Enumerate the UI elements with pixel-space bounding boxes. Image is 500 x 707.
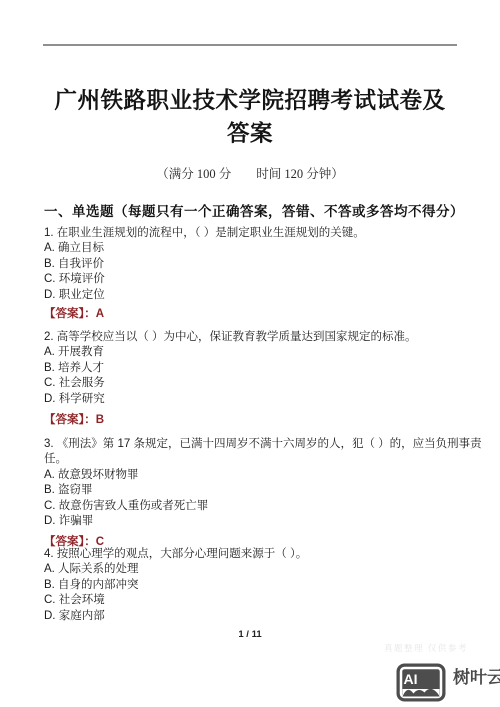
option-item: A. 开展教育	[44, 345, 484, 360]
option-item: A. 人际关系的处理	[44, 562, 484, 577]
option-item: C. 故意伤害致人重伤或者死亡罪	[44, 499, 484, 514]
question-block-4: 4. 按照心理学的观点，大部分心理问题来源于（ ）。 A. 人际关系的处理 B.…	[44, 547, 484, 624]
option-item: A. 确立目标	[44, 241, 484, 256]
option-item: C. 社会环境	[44, 593, 484, 608]
ai-logo-text: AI	[404, 671, 418, 687]
option-item: D. 诈骗罪	[44, 514, 484, 529]
question-stem: 1. 在职业生涯规划的流程中，（ ）是制定职业生涯规划的关键。	[44, 226, 484, 241]
exam-title: 广州铁路职业技术学院招聘考试试卷及 答案	[0, 84, 500, 150]
option-item: B. 培养人才	[44, 361, 484, 376]
exam-subtitle: （满分 100 分 时间 120 分钟）	[0, 164, 500, 182]
watermark-text: 真题整理 仅供参考	[384, 642, 468, 654]
option-item: A. 故意毁坏财物罪	[44, 468, 484, 483]
question-stem: 2. 高等学校应当以（ ）为中心，保证教育教学质量达到国家规定的标准。	[44, 330, 484, 345]
section-heading: 一、单选题（每题只有一个正确答案，答错、不答或多答均不得分）	[44, 200, 486, 220]
option-item: D. 科学研究	[44, 392, 484, 407]
option-item: B. 盗窃罪	[44, 483, 484, 498]
option-item: D. 家庭内部	[44, 609, 484, 624]
brand-name: 树叶云	[453, 668, 500, 688]
option-item: C. 环境评价	[44, 272, 484, 287]
document-page: 广州铁路职业技术学院招聘考试试卷及 答案 （满分 100 分 时间 120 分钟…	[0, 0, 500, 707]
question-stem: 4. 按照心理学的观点，大部分心理问题来源于（ ）。	[44, 547, 484, 562]
option-item: D. 职业定位	[44, 288, 484, 303]
question-block-2: 2. 高等学校应当以（ ）为中心，保证教育教学质量达到国家规定的标准。 A. 开…	[44, 330, 484, 428]
ai-photo-logo-icon: AI	[396, 663, 446, 702]
option-item: B. 自身的内部冲突	[44, 578, 484, 593]
page-number: 1 / 11	[0, 629, 500, 640]
exam-title-line1: 广州铁路职业技术学院招聘考试试卷及	[0, 84, 500, 117]
question-stem: 3. 《刑法》第 17 条规定，已满十四周岁不满十六周岁的人，犯（ ）的，应当负…	[44, 437, 484, 468]
exam-title-line2: 答案	[0, 117, 500, 150]
answer-label: 【答案】：B	[44, 413, 484, 428]
option-item: C. 社会服务	[44, 376, 484, 391]
question-block-1: 1. 在职业生涯规划的流程中，（ ）是制定职业生涯规划的关键。 A. 确立目标 …	[44, 226, 484, 322]
answer-label: 【答案】：A	[44, 307, 484, 322]
option-item: B. 自我评价	[44, 257, 484, 272]
top-divider	[43, 44, 457, 46]
question-block-3: 3. 《刑法》第 17 条规定，已满十四周岁不满十六周岁的人，犯（ ）的，应当负…	[44, 437, 484, 551]
